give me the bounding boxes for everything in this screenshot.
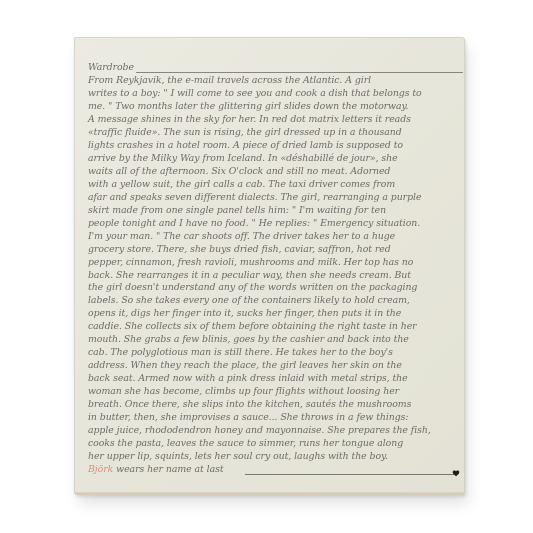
story-line: cab. The polyglotious man is still there… [88, 347, 458, 360]
story-line: people tonight and I have no food. " He … [88, 218, 458, 231]
signature-line-text: wears her name at last [113, 464, 223, 475]
story-line: breath. Once there, she slips into the k… [88, 399, 458, 412]
story-line: mouth. She grabs a few blinis, goes by t… [88, 334, 458, 347]
story-line: with a yellow suit, the girl calls a cab… [88, 179, 458, 192]
artwork-title: Wardrobe [88, 62, 134, 73]
signature-rule [245, 474, 454, 475]
title-line: Wardrobe [88, 62, 458, 75]
story-line: woman she has become, climbs up four fli… [88, 386, 458, 399]
story-line: afar and speaks seven different dialects… [88, 192, 458, 205]
story-line: waits all of the afternoon. Six O'clock … [88, 166, 458, 179]
story-line: apple juice, rhododendron honey and mayo… [88, 425, 458, 438]
story-line: in butter, then, she improvises a sauce.… [88, 412, 458, 425]
title-rule [136, 72, 463, 73]
signature-line: Björk wears her name at last [88, 464, 458, 477]
story-line: arrive by the Milky Way from Iceland. In… [88, 153, 458, 166]
story-line: From Reykjavik, the e-mail travels acros… [88, 75, 458, 88]
story-line: grocery store. There, she buys dried fis… [88, 244, 458, 257]
story-line: pepper, cinnamon, fresh ravioli, mushroo… [88, 257, 458, 270]
story-line: lights crashes in a hotel room. A piece … [88, 140, 458, 153]
story-line: back. She rearranges it in a peculiar wa… [88, 270, 458, 283]
story-line: her upper lip, squints, lets her soul cr… [88, 451, 458, 464]
story-line: cooks the pasta, leaves the sauce to sim… [88, 438, 458, 451]
story-line: «traffic fluide». The sun is rising, the… [88, 127, 458, 140]
signature: Björk [88, 464, 113, 475]
story-line: me. " Two months later the glittering gi… [88, 101, 458, 114]
story-line: A message shines in the sky for her. In … [88, 114, 458, 127]
story-line: writes to a boy: " I will come to see yo… [88, 88, 458, 101]
story-line: opens it, digs her finger into it, sucks… [88, 308, 458, 321]
story-line: skirt made from one single panel tells h… [88, 205, 458, 218]
embroidered-canvas: Wardrobe From Reykjavik, the e-mail trav… [74, 37, 465, 495]
story-lines: From Reykjavik, the e-mail travels acros… [88, 75, 458, 464]
story-line: caddie. She collects six of them before … [88, 321, 458, 334]
heart-icon [452, 469, 460, 477]
story-line: labels. So she takes every one of the co… [88, 295, 458, 308]
story-line: back seat. Armed now with a pink dress i… [88, 373, 458, 386]
story-line: I'm your man. " The car shoots off. The … [88, 231, 458, 244]
story-line: the girl doesn't understand any of the w… [88, 282, 458, 295]
embroidered-text: Wardrobe From Reykjavik, the e-mail trav… [88, 62, 458, 477]
story-line: address. When they reach the place, the … [88, 360, 458, 373]
